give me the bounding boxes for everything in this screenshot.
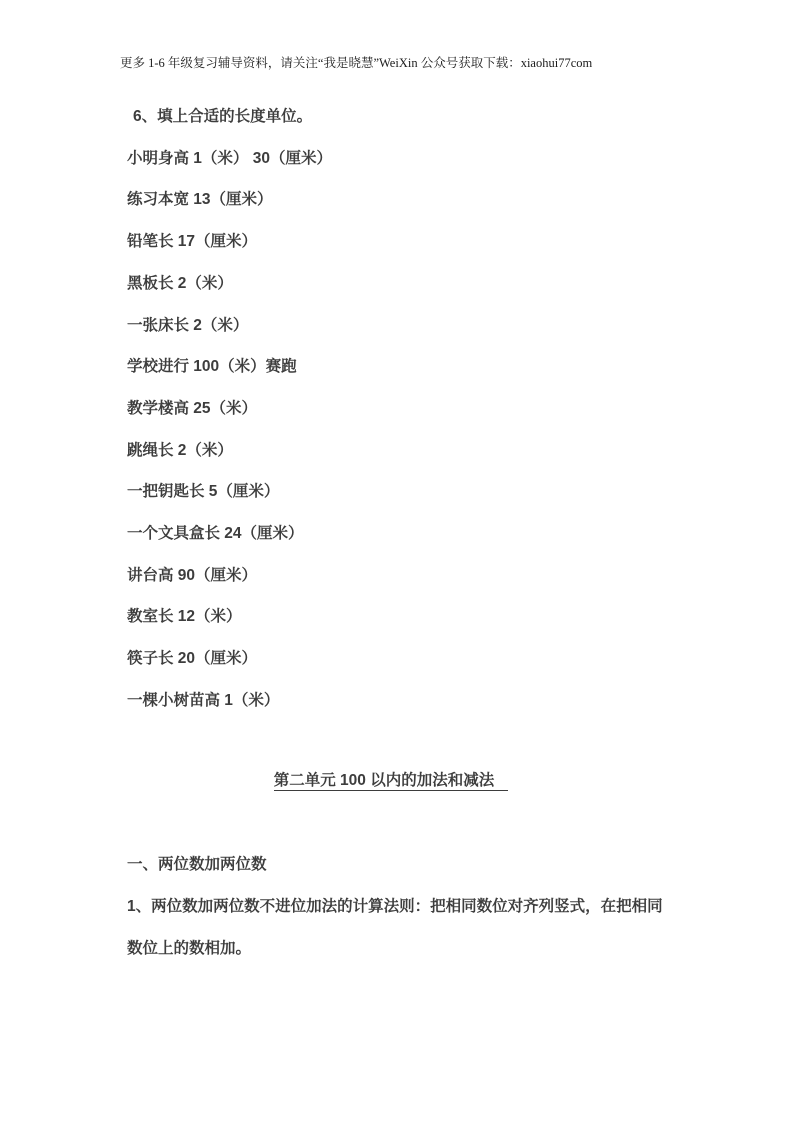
- answer-line: 教室长 12（米）: [127, 596, 675, 638]
- answer-line: 讲台高 90（厘米）: [127, 555, 675, 597]
- answer-line: 一棵小树苗高 1（米）: [127, 680, 675, 722]
- answer-line: 黑板长 2（米）: [127, 263, 675, 305]
- rule-text-line: 数位上的数相加。: [127, 928, 675, 970]
- unit2-heading: 第二单元 100 以内的加法和减法: [117, 760, 665, 802]
- unit2-heading-text: 第二单元 100 以内的加法和减法: [274, 772, 508, 791]
- header-note: 更多 1-6 年级复习辅导资料，请关注“我是晓慧”WeiXin 公众号获取下载：…: [120, 55, 793, 72]
- answer-line: 一把钥匙长 5（厘米）: [127, 471, 675, 513]
- answer-line: 一张床长 2（米）: [127, 305, 675, 347]
- answer-line: 一个文具盒长 24（厘米）: [127, 513, 675, 555]
- question-title: 6、填上合适的长度单位。: [133, 96, 675, 138]
- subheading-two-digit-addition: 一、两位数加两位数: [127, 844, 675, 886]
- document-page: 更多 1-6 年级复习辅导资料，请关注“我是晓慧”WeiXin 公众号获取下载：…: [0, 0, 793, 1122]
- answer-line: 铅笔长 17（厘米）: [127, 221, 675, 263]
- answer-line: 教学楼高 25（米）: [127, 388, 675, 430]
- rule-text-line: 1、两位数加两位数不进位加法的计算法则：把相同数位对齐列竖式，在把相同: [127, 886, 675, 928]
- answer-line: 筷子长 20（厘米）: [127, 638, 675, 680]
- answer-line: 练习本宽 13（厘米）: [127, 179, 675, 221]
- answer-line: 跳绳长 2（米）: [127, 430, 675, 472]
- document-body: 6、填上合适的长度单位。 小明身高 1（米） 30（厘米） 练习本宽 13（厘米…: [0, 96, 793, 969]
- answer-line: 学校进行 100（米）赛跑: [127, 346, 675, 388]
- answer-line: 小明身高 1（米） 30（厘米）: [127, 138, 675, 180]
